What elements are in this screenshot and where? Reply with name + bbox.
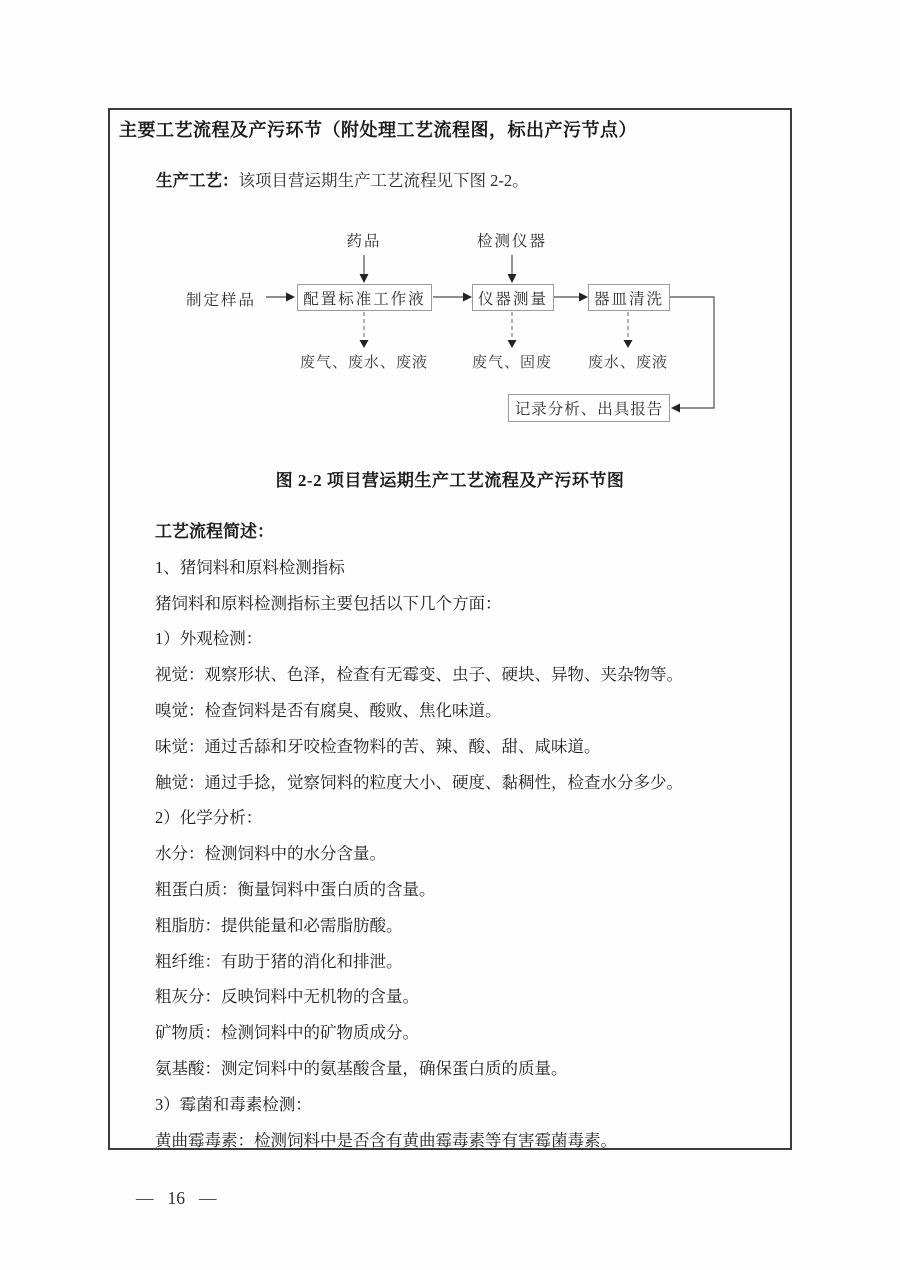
body-line: 1、猪饲料和原料检测指标 [155,550,785,586]
content-panel: 主要工艺流程及产污环节（附处理工艺流程图，标出产污节点） 生产工艺：该项目营运期… [108,108,792,1150]
body-line: 黄曲霉毒素：检测饲料中是否含有黄曲霉毒素等有害霉菌毒素。 [155,1123,785,1159]
dashed-arrow-lines [364,312,628,340]
intro-text: 该项目营运期生产工艺流程见下图 2-2。 [239,171,529,190]
body-line: 粗灰分：反映饲料中无机物的含量。 [155,979,785,1015]
body-line: 味觉：通过舌舔和牙咬检查物料的苦、辣、酸、甜、咸味道。 [155,729,785,765]
footer-dash-right: — [199,1188,217,1209]
process-description: 工艺流程简述： 1、猪饲料和原料检测指标 猪饲料和原料检测指标主要包括以下几个方… [155,514,785,1158]
body-line: 3）霉菌和毒素检测： [155,1087,785,1123]
body-line: 粗脂肪：提供能量和必需脂肪酸。 [155,908,785,944]
body-line: 1）外观检测： [155,621,785,657]
flow-arrows-layer [152,217,772,432]
intro-label: 生产工艺： [156,171,239,190]
flow-box-instrument-measurement: 仪器测量 [472,284,554,311]
flow-box-record-report: 记录分析、出具报告 [508,394,670,422]
document-page: { "panel": { "title": "主要工艺流程及产污环节（附处理工艺… [0,0,900,1270]
emission-label-1: 废气、废水、废液 [279,351,449,372]
start-label-prepare-sample: 制定样品 [176,288,266,310]
body-line: 氨基酸：测定饲料中的氨基酸含量，确保蛋白质的质量。 [155,1051,785,1087]
body-line: 嗅觉：检查饲料是否有腐臭、酸败、焦化味道。 [155,693,785,729]
body-line: 猪饲料和原料检测指标主要包括以下几个方面： [155,586,785,622]
section-heading: 工艺流程简述： [155,514,785,550]
body-line: 触觉：通过手捻，觉察饲料的粒度大小、硬度、黏稠性，检查水分多少。 [155,765,785,801]
body-line: 粗纤维：有助于猪的消化和排泄。 [155,944,785,980]
flow-box-prepare-standard-solution: 配置标准工作液 [297,284,432,311]
emission-label-3: 废水、废液 [568,351,688,372]
intro-paragraph: 生产工艺：该项目营运期生产工艺流程见下图 2-2。 [156,167,529,191]
process-flow-diagram: 药品 检测仪器 制定样品 配置标准工作液 仪器测量 器皿清洗 记录分析、出具报告… [152,217,772,432]
flow-box-vessel-cleaning: 器皿清洗 [588,284,670,311]
body-line: 视觉：观察形状、色泽，检查有无霉变、虫子、硬块、异物、夹杂物等。 [155,657,785,693]
input-label-chemicals: 药品 [324,229,404,251]
footer-dash-left: — [136,1188,154,1209]
body-line: 粗蛋白质：衡量饲料中蛋白质的含量。 [155,872,785,908]
solid-arrow-lines [266,255,714,408]
figure-caption: 图 2-2 项目营运期生产工艺流程及产污环节图 [110,466,790,491]
body-line: 水分：检测饲料中的水分含量。 [155,836,785,872]
body-line: 矿物质：检测饲料中的矿物质成分。 [155,1015,785,1051]
emission-label-2: 废气、固废 [452,351,572,372]
panel-title: 主要工艺流程及产污环节（附处理工艺流程图，标出产污节点） [119,116,637,142]
page-number: 16 [168,1188,186,1209]
body-line: 2）化学分析： [155,800,785,836]
page-footer: — 16 — [136,1188,217,1209]
input-label-instruments: 检测仪器 [472,229,552,251]
